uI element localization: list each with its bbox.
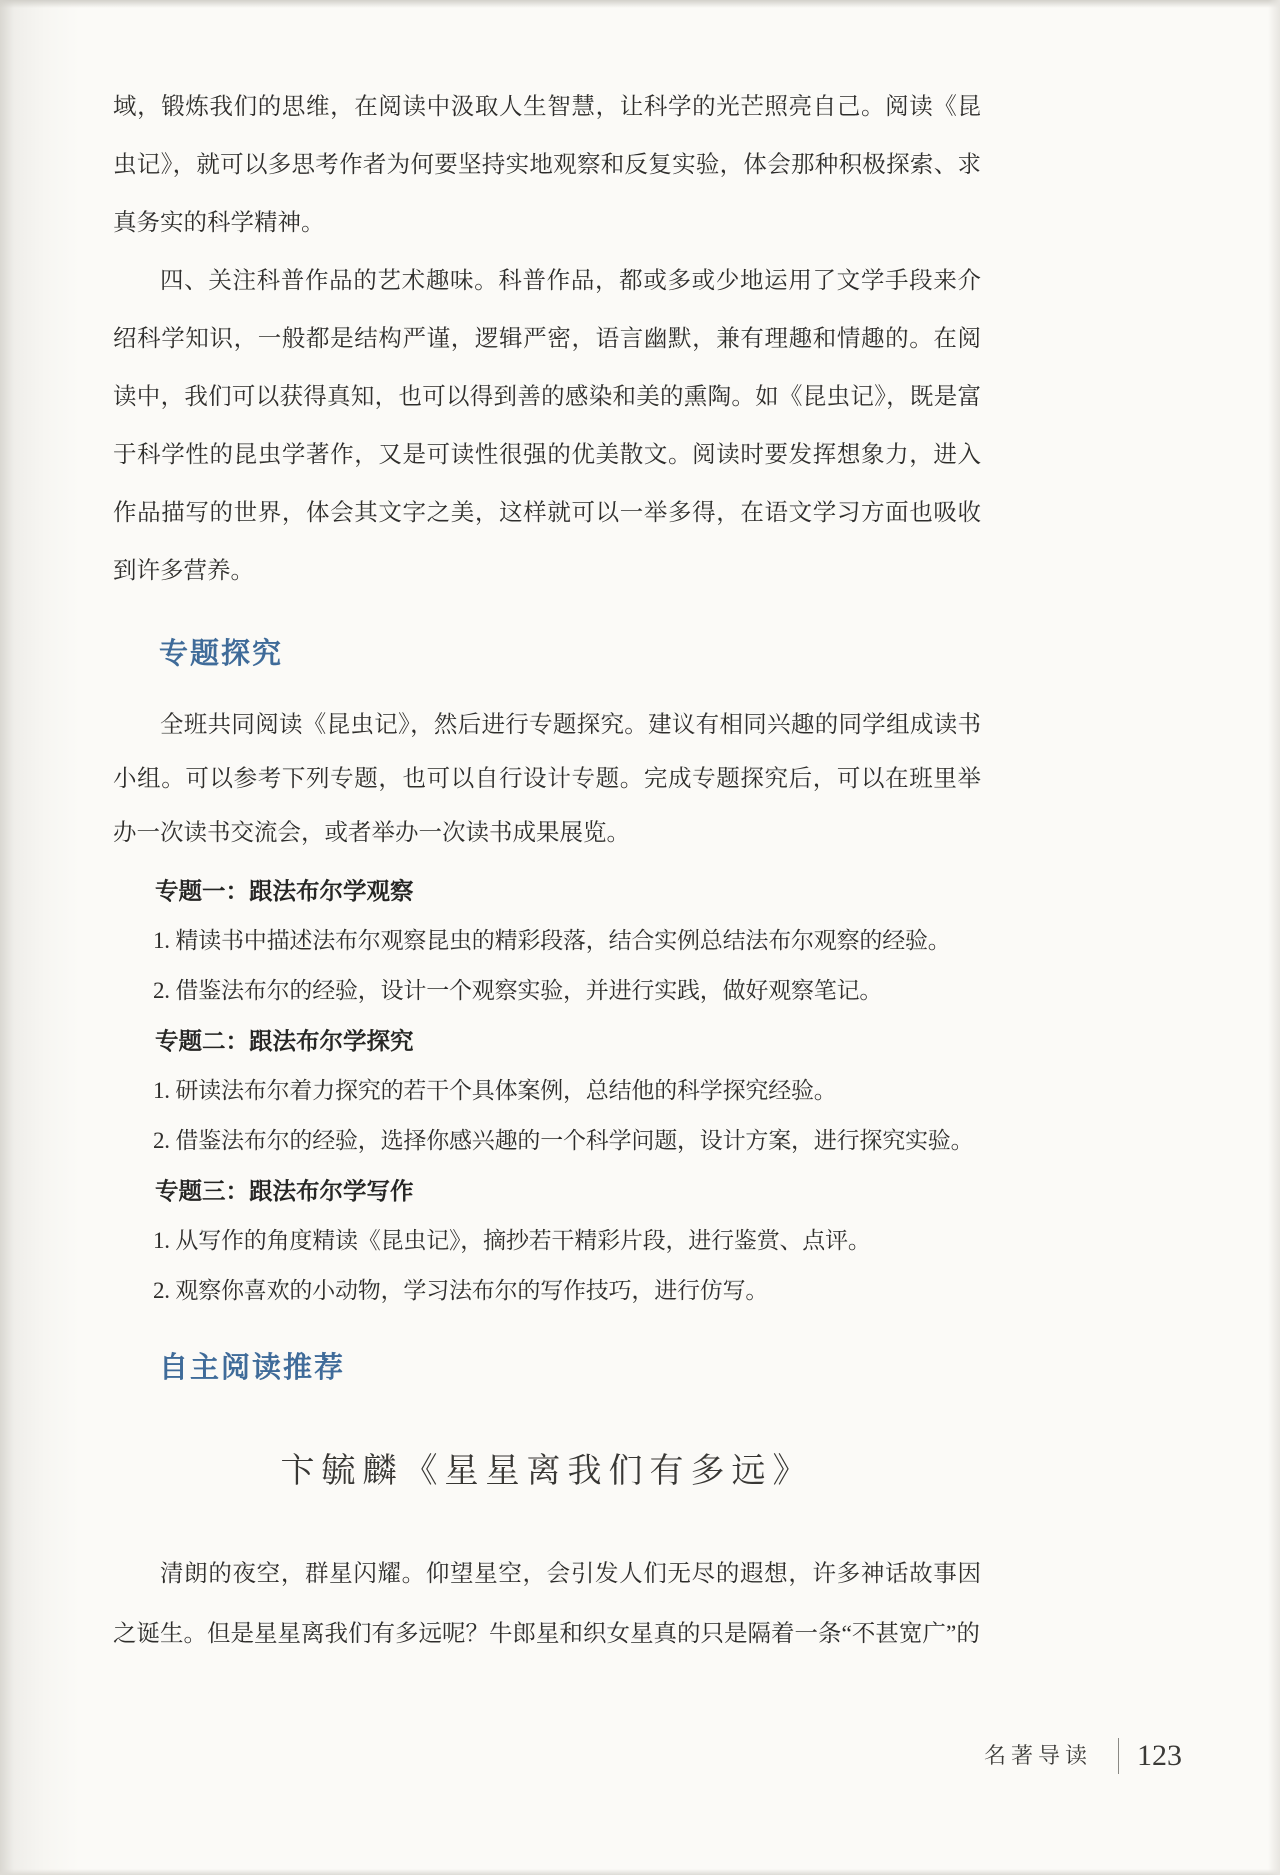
paragraph-point-four: 四、关注科普作品的艺术趣味。科普作品，都或多或少地运用了文学手段来介绍科学知识，… xyxy=(113,252,981,600)
footer-divider xyxy=(1118,1738,1119,1774)
topic-item: 1. 精读书中描述法布尔观察昆虫的精彩段落，结合实例总结法布尔观察的经验。 xyxy=(153,916,981,966)
page-footer: 名著导读 123 xyxy=(984,1736,1182,1776)
scan-edge-right xyxy=(1268,0,1280,1875)
topic-intro-paragraph: 全班共同阅读《昆虫记》，然后进行专题探究。建议有相同兴趣的同学组成读书小组。可以… xyxy=(113,698,981,860)
paragraph-continuation: 域，锻炼我们的思维，在阅读中汲取人生智慧，让科学的光芒照亮自己。阅读《昆虫记》，… xyxy=(113,78,981,252)
scan-edge-top xyxy=(0,0,1280,8)
topic-item: 2. 借鉴法布尔的经验，选择你感兴趣的一个科学问题，设计方案，进行探究实验。 xyxy=(153,1116,981,1166)
topic-title: 专题一：跟法布尔学观察 xyxy=(155,866,981,916)
section-heading-topic-inquiry: 专题探究 xyxy=(159,634,981,674)
recommended-book-title: 卞毓麟《星星离我们有多远》 xyxy=(113,1446,981,1496)
topic-item: 1. 从写作的角度精读《昆虫记》，摘抄若干精彩片段，进行鉴赏、点评。 xyxy=(153,1216,981,1266)
footer-page-number: 123 xyxy=(1137,1736,1182,1776)
section-heading-self-reading: 自主阅读推荐 xyxy=(159,1348,981,1388)
topic-title: 专题二：跟法布尔学探究 xyxy=(155,1016,981,1066)
topic-item: 1. 研读法布尔着力探究的若干个具体案例，总结他的科学探究经验。 xyxy=(153,1066,981,1116)
textbook-page: 域，锻炼我们的思维，在阅读中汲取人生智慧，让科学的光芒照亮自己。阅读《昆虫记》，… xyxy=(0,0,1280,1875)
topic-list: 专题一：跟法布尔学观察 1. 精读书中描述法布尔观察昆虫的精彩段落，结合实例总结… xyxy=(113,866,981,1316)
scan-gutter-shadow xyxy=(0,0,80,1875)
excerpt-paragraph: 清朗的夜空，群星闪耀。仰望星空，会引发人们无尽的遐想，许多神话故事因之诞生。但是… xyxy=(113,1544,981,1664)
topic-item: 2. 借鉴法布尔的经验，设计一个观察实验，并进行实践，做好观察笔记。 xyxy=(153,966,981,1016)
topic-item: 2. 观察你喜欢的小动物，学习法布尔的写作技巧，进行仿写。 xyxy=(153,1266,981,1316)
page-content: 域，锻炼我们的思维，在阅读中汲取人生智慧，让科学的光芒照亮自己。阅读《昆虫记》，… xyxy=(113,78,981,1664)
topic-title: 专题三：跟法布尔学写作 xyxy=(155,1166,981,1216)
footer-section-label: 名著导读 xyxy=(984,1736,1092,1776)
scan-edge-bottom xyxy=(0,1869,1280,1875)
